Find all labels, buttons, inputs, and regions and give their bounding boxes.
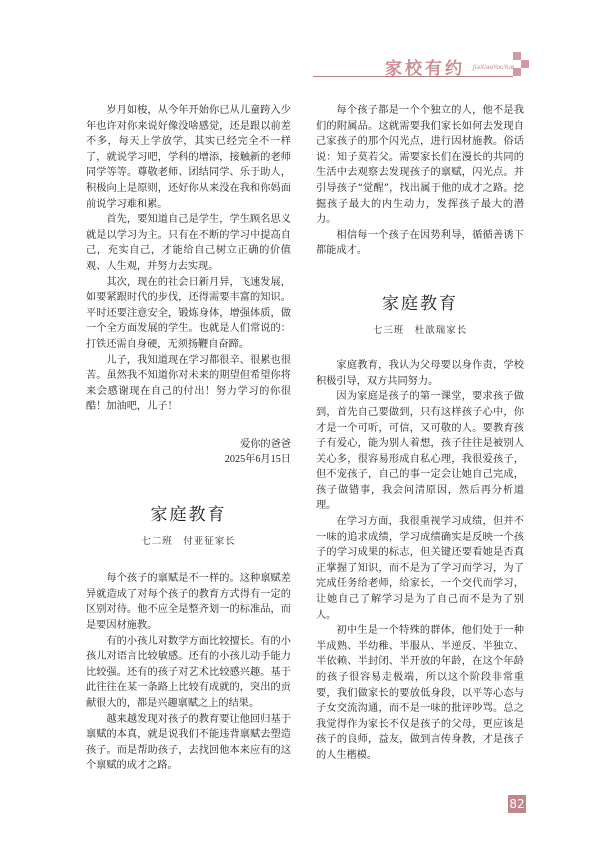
article-paragraph: 每个孩子的禀赋是不一样的。这种禀赋差异就造成了对每个孩子的教育方式得有一定的区别… [86, 571, 291, 633]
letter-paragraph: 首先，要知道自己是学生，学生顾名思义就是以学习为主。只有在不断的学习中提高自己，… [86, 212, 291, 274]
letter-paragraph: 岁月如梭，从今年开始你已从儿童跨入少年也许对你来说好像没啥感觉，还是跟以前差不多… [86, 103, 291, 212]
section-subtitle: JiaXiaoYouYue [473, 64, 514, 71]
left-column: 岁月如梭，从今年开始你已从儿童跨入少年也许对你来说好像没啥感觉，还是跟以前差不多… [86, 103, 291, 774]
letter-paragraph: 儿子，我知道现在学习都很辛、很累也很苦。虽然我不知道你对未来的期望但希望你将来会… [86, 353, 291, 415]
article-title: 家庭教育 [86, 508, 291, 524]
article-author: 七二班 付亚征家长 [86, 534, 291, 550]
decorative-square [513, 52, 521, 60]
article-paragraph: 家庭教育，我认为父母要以身作责，学校积极引导，双方共同努力。 [316, 358, 524, 389]
article-paragraph: 初中生是一个特殊的群体，他们处于一种半成熟、半幼稚、半服从、半逆反、半独立、半依… [316, 623, 524, 763]
letter-signature: 爱你的爸爸 [86, 437, 291, 453]
article-author: 七三班 杜歆瑞家长 [316, 323, 524, 339]
decorative-square [521, 60, 529, 68]
letter-date: 2025年6月15日 [86, 452, 291, 468]
section-title: 家校有约 [385, 54, 465, 79]
article-paragraph: 因为家庭是孩子的第一课堂，要求孩子做到，首先自己要做到，只有这样孩子心中，你才是… [316, 389, 524, 514]
decorative-square [513, 68, 521, 76]
article-paragraph: 在学习方面，我很重视学习成绩，但并不一味的追求成绩，学习成绩确实是反映一个孩子的… [316, 514, 524, 623]
page-number: 82 [508, 795, 526, 813]
section-header: 家校有约 JiaXiaoYouYue [313, 55, 533, 85]
article-paragraph: 有的小孩儿对数学方面比较擅长。有的小孩儿对语言比较敏感。还有的小孩儿动手能力比较… [86, 634, 291, 712]
article-paragraph: 相信每一个孩子在因势利导，循循善诱下都能成才。 [316, 228, 524, 259]
article-paragraph: 每个孩子都是一个个独立的人，他不是我们的附属品。这就需要我们家长如何去发现自己家… [316, 103, 524, 228]
right-column: 每个孩子都是一个个独立的人，他不是我们的附属品。这就需要我们家长如何去发现自己家… [316, 103, 524, 764]
article-title: 家庭教育 [316, 297, 524, 313]
letter-paragraph: 其次，现在的社会日新月异，飞速发展，如要紧跟时代的步伐，还得需要丰富的知识。平时… [86, 275, 291, 353]
article-paragraph: 越来越发现对孩子的教育要让他回归基于禀赋的本真，就是说我们不能违背禀赋去塑造孩子… [86, 712, 291, 774]
